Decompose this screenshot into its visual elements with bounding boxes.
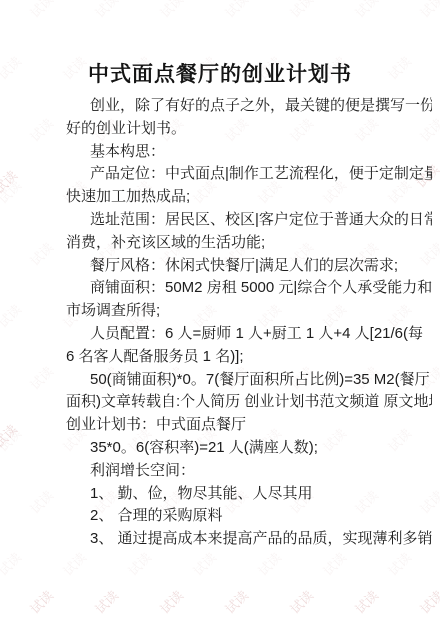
document-line: 面积)文章转载自:个人简历 创业计划书范文频道 原文地址: (66, 391, 432, 414)
watermark-stamp: 试读 (350, 586, 382, 618)
watermark-stamp: 试读 (123, 548, 155, 580)
watermark-stamp: 试读 (0, 420, 21, 452)
watermark-stamp: 试读 (383, 548, 415, 580)
document-line: 3、 通过提高成本来提高产品的品质，实现薄利多销的 (66, 528, 432, 551)
watermark-stamp: 试读 (220, 0, 252, 21)
document-line: 50(商铺面积)*0。7(餐厅面积所占比例)=35 M2(餐厅 (66, 369, 432, 392)
document-body: 创业，除了有好的点子之外，最关键的便是撰写一份好的创业计划书。基本构思：产品定位… (66, 95, 432, 551)
watermark-stamp: 试读 (220, 586, 252, 618)
document-line: 选址范围：居民区、校区|客户定位于普通大众的日常 (66, 209, 432, 232)
document-line: 商铺面积：50M2 房租 5000 元|综合个人承受能力和 (66, 277, 432, 300)
document-line: 35*0。6(容积率)=21 人(满座人数); (66, 437, 432, 460)
watermark-stamp: 试读 (285, 586, 317, 618)
watermark-stamp: 试读 (188, 548, 220, 580)
watermark-stamp: 试读 (0, 300, 25, 332)
document-line: 2、 合理的采购原料 (66, 505, 432, 528)
watermark-stamp: 试读 (285, 0, 317, 21)
watermark-stamp: 试读 (155, 0, 187, 21)
document-line: 餐厅风格：休闲式快餐厅|满足人们的层次需求; (66, 255, 432, 278)
document-line: 市场调查所得; (66, 300, 432, 323)
document-line: 创业，除了有好的点子之外，最关键的便是撰写一份 (66, 95, 432, 118)
watermark-stamp: 试读 (318, 548, 350, 580)
document-line: 创业计划书：中式面点餐厅 (66, 414, 432, 437)
document-line: 1、 勤、俭，物尽其能、人尽其用 (66, 483, 432, 506)
watermark-stamp: 试读 (0, 548, 25, 580)
watermark-stamp: 试读 (155, 586, 187, 618)
watermark-stamp: 试读 (25, 238, 57, 270)
watermark-stamp: 试读 (58, 548, 90, 580)
watermark-stamp: 试读 (25, 362, 57, 394)
document-line: 消费，补充该区域的生活功能; (66, 232, 432, 255)
watermark-stamp: 试读 (253, 548, 285, 580)
watermark-stamp: 试读 (415, 0, 440, 21)
watermark-stamp: 试读 (90, 0, 122, 21)
document-line: 快速加工加热成品; (66, 186, 432, 209)
watermark-stamp: 试读 (350, 0, 382, 21)
watermark-stamp: 试读 (25, 486, 57, 518)
watermark-stamp: 试读 (415, 586, 440, 618)
document-page: 试读试读试读试读试读试读试读试读试读试读试读试读试读试读试读试读试读试读试读试读… (0, 0, 440, 620)
document-line: 基本构思： (66, 141, 432, 164)
document-line: 产品定位：中式面点|制作工艺流程化，便于定制定量， (66, 163, 432, 186)
watermark-stamp: 试读 (25, 114, 57, 146)
watermark-stamp: 试读 (0, 166, 21, 198)
document-line: 6 名客人配备服务员 1 名)]; (66, 346, 432, 369)
watermark-stamp: 试读 (0, 424, 25, 456)
document-line: 人员配置：6 人=厨师 1 人+厨工 1 人+4 人[21/6(每 (66, 323, 432, 346)
watermark-stamp: 试读 (25, 0, 57, 21)
watermark-stamp: 试读 (25, 586, 57, 618)
document-line: 利润增长空间： (66, 460, 432, 483)
document-line: 好的创业计划书。 (66, 118, 432, 141)
document-title: 中式面点餐厅的创业计划书 (0, 58, 440, 88)
watermark-stamp: 试读 (0, 176, 25, 208)
watermark-stamp: 试读 (90, 586, 122, 618)
